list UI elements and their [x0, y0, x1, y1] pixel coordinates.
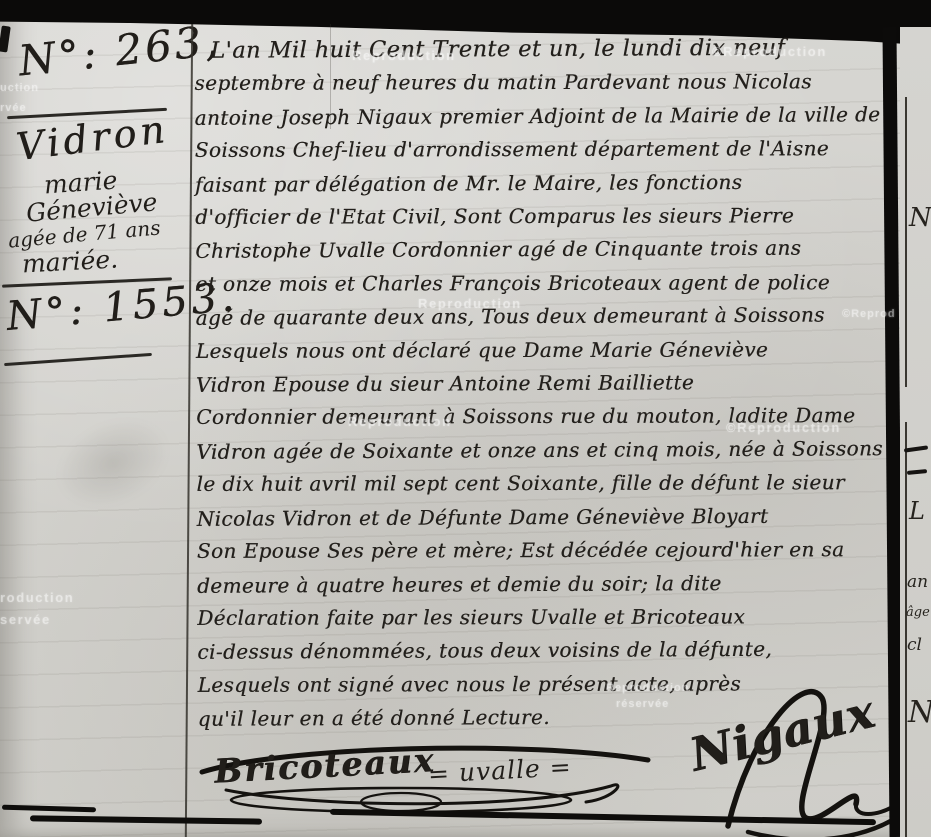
facing-page-margin-line	[905, 422, 907, 837]
facing-page-ink-mark	[907, 469, 927, 475]
facing-page-fragment: cl	[907, 635, 922, 655]
body-line: ci-dessus dénommées, tous deux voisins d…	[197, 632, 897, 669]
body-line: Son Epouse Ses père et mère; Est décédée…	[197, 533, 897, 568]
facing-page-strip: N L an âge cl N	[900, 27, 931, 837]
body-line: demeure à quatre heures et demie du soir…	[197, 566, 897, 603]
body-line: Lesquels ont signé avec nous le présent …	[198, 667, 898, 702]
body-line: Déclaration faite par les sieurs Uvalle …	[197, 600, 897, 635]
bottom-rule-left-short	[2, 805, 96, 813]
scan-left-edge-mark	[0, 26, 11, 53]
watermark-text: rvée	[0, 102, 27, 114]
body-line: agé de quarante deux ans, Tous deux deme…	[196, 298, 896, 335]
facing-page-ink-mark	[904, 445, 928, 452]
body-line: et onze mois et Charles François Bricote…	[195, 266, 895, 301]
body-line: Lesquels nous ont déclaré que Dame Marie…	[196, 333, 896, 368]
facing-page-fragment: L	[909, 497, 925, 525]
facing-page-fragment: N	[909, 203, 931, 233]
body-line: le dix huit avril mil sept cent Soixante…	[196, 466, 896, 501]
watermark-text: roduction	[0, 590, 74, 605]
body-line: Christophe Uvalle Cordonnier agé de Cinq…	[195, 232, 895, 269]
body-line: d'officier de l'Etat Civil, Sont Comparu…	[195, 199, 895, 234]
body-line: Vidron agée de Soixante et onze ans et c…	[196, 432, 896, 469]
body-line: L'an Mil huit Cent Trente et un, le lund…	[194, 31, 894, 68]
act-body-text: L'an Mil huit Cent Trente et un, le lund…	[194, 31, 898, 736]
body-line: Soissons Chef-lieu d'arrondissement dépa…	[195, 132, 895, 167]
signature-bricoteaux: Bricoteaux	[213, 740, 436, 791]
bottom-rule-main	[330, 809, 876, 825]
scanned-death-record-page: N°: 263, Vidron marie Géneviève agée de …	[0, 0, 931, 837]
bottom-rule-left	[30, 815, 262, 824]
body-line: antoine Joseph Nigaux premier Adjoint de…	[195, 98, 895, 135]
ink-ghost-smudge	[35, 395, 191, 532]
facing-page-margin-line	[905, 97, 907, 387]
margin-separator-line	[185, 24, 193, 837]
margin-name-detail-line: mariée.	[21, 245, 118, 279]
facing-page-fragment: an	[907, 572, 928, 592]
body-line: Cordonnier demeurant à Soissons rue du m…	[196, 400, 896, 435]
facing-page-fragment: N	[908, 695, 931, 730]
signature-uvalle: = uvalle =	[427, 752, 572, 788]
facing-page-fragment: âge	[906, 605, 930, 620]
body-line: septembre à neuf heures du matin Pardeva…	[194, 65, 894, 100]
folio-underline-flourish	[4, 353, 152, 366]
body-line: faisant par délégation de Mr. le Maire, …	[195, 165, 895, 202]
body-line: Vidron Epouse du sieur Antoine Remi Bail…	[196, 365, 896, 402]
watermark-text: servée	[0, 612, 51, 627]
body-line: Nicolas Vidron et de Défunte Dame Génevi…	[197, 499, 897, 536]
